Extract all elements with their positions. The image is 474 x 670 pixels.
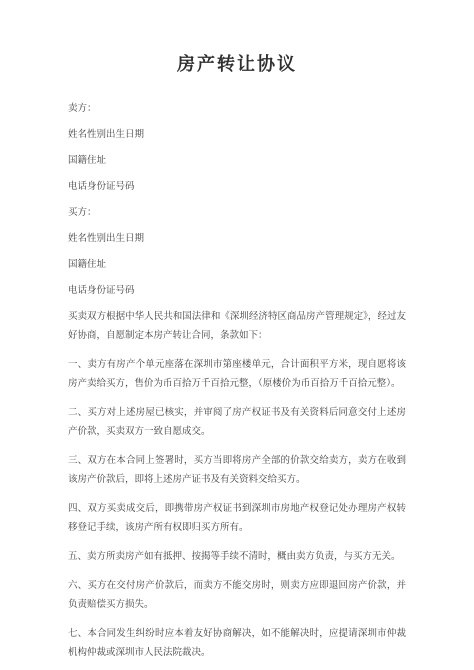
buyer-field-name-gender-dob: 姓名性别出生日期 [68,230,406,249]
document-page: 房产转让协议 卖方： 姓名性别出生日期 国籍住址 电话身份证号码 买方： 姓名性… [0,0,474,670]
clause-5: 五、卖方所卖房产如有抵押、按揭等手续不清时，概由卖方负责，与买方无关。 [68,548,406,567]
clause-2: 二、买方对上述房屋已核实，并审阅了房产权证书及有关资料后同意交付上述房产价款，买… [68,404,406,442]
buyer-field-nationality-address: 国籍住址 [68,256,406,275]
clause-4: 四、双方买卖成交后，即携带房产权证书到深圳市房地产权登记处办理房产权转移登记手续… [68,500,406,538]
seller-field-phone-id-number: 电话身份证号码 [68,178,406,197]
clause-1: 一、卖方有房产个单元座落在深圳市第座楼单元，合计面积平方米，现自愿将该房产卖给买… [68,356,406,394]
buyer-field-phone-id-number: 电话身份证号码 [68,282,406,301]
seller-field-nationality-address: 国籍住址 [68,152,406,171]
document-title: 房产转让协议 [68,50,406,76]
seller-field-name-gender-dob: 姓名性别出生日期 [68,126,406,145]
seller-label: 卖方： [68,100,406,119]
clause-6: 六、买方在交付房产价款后，而卖方不能交房时，则卖方应即退回房产价款，并负责赔偿买… [68,577,406,615]
clause-7: 七、本合同发生纠纷时应本着友好协商解决，如不能解决时，应提请深圳市仲裁机构仲裁或… [68,625,406,663]
clause-3: 三、双方在本合同上签署时，买方当即将房产全部的价款交给卖方，卖方在收到该房产价款… [68,452,406,490]
buyer-label: 买方： [68,204,406,223]
intro-paragraph: 买卖双方根据中华人民共和国法律和《深圳经济特区商品房产管理规定》，经过友好协商，… [68,308,406,346]
